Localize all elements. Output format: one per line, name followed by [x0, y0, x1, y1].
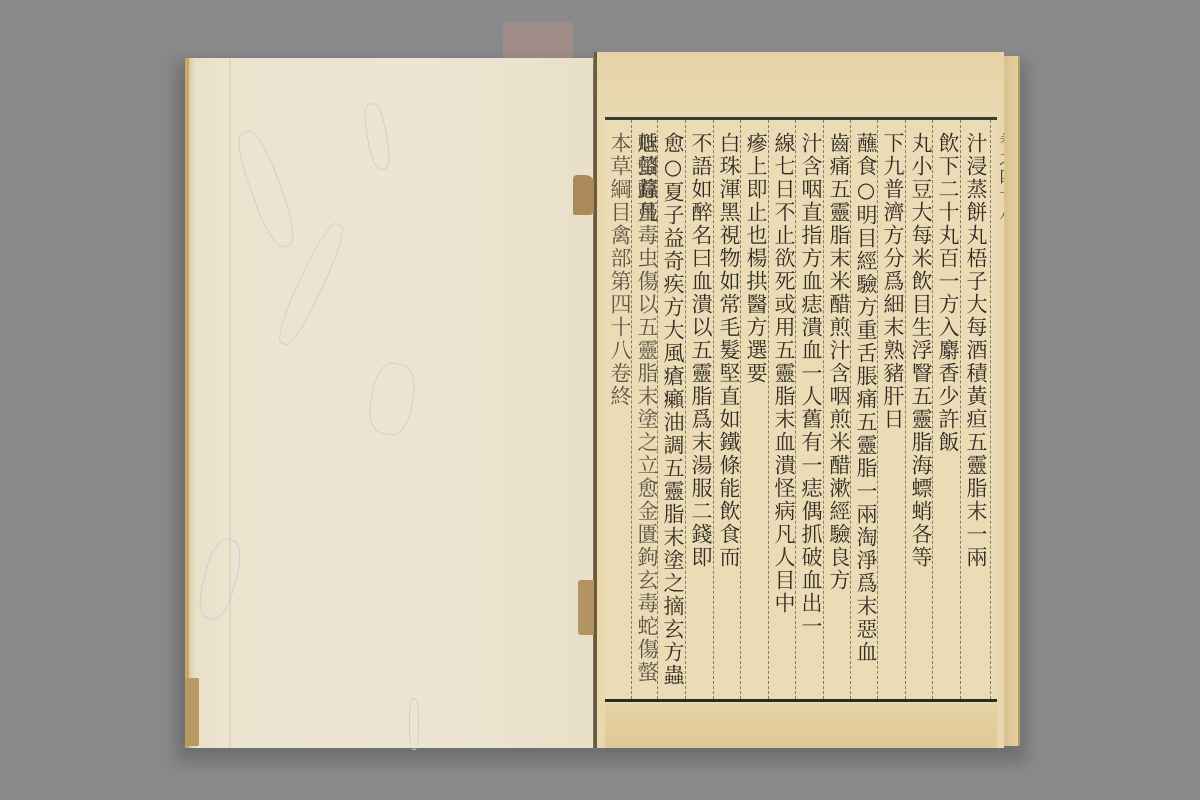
worm-track — [365, 360, 419, 438]
bottom-margin — [605, 704, 997, 748]
text-column: 汁含咽直指方血痣潰血一人舊有一痣偶抓破血出一 — [798, 132, 824, 697]
column-rule — [990, 120, 991, 699]
left-page-blank — [185, 58, 593, 748]
text-column: 瘮上即止也楊拱醫方選要 — [743, 132, 769, 697]
worm-track — [194, 535, 246, 622]
text-column: 愈○夏子益奇疾方大風瘡癩油調五靈脂末塗之摘玄方蟲虺螫蠚凡 — [660, 132, 686, 697]
text-column: 飲下二十丸百一方入麝香少許飯 — [935, 132, 961, 697]
page-edge-stack — [1004, 56, 1020, 746]
text-column: 不語如醉名曰血潰以五靈脂爲末湯服二錢即 — [688, 132, 714, 697]
text-column: 下九普濟方分爲細末熟豬肝日 — [880, 132, 906, 697]
edge-stain — [185, 678, 199, 746]
page-crease — [229, 58, 231, 748]
text-column: 白珠渾黑視物如常毛髮堅直如鐵條能飲食而 — [716, 132, 742, 697]
text-column: 齒痛五靈脂末米醋煎汁含咽煎米醋漱經驗良方 — [826, 132, 852, 697]
text-column: 線七日不止欲死或用五靈脂末血潰怪病凡人目中 — [771, 132, 797, 697]
top-margin — [597, 52, 1004, 116]
worm-track — [231, 127, 301, 252]
text-frame: 卷之四十八 汁浸蒸餅丸梧子大每酒積黃疸五靈脂末一兩 飲下二十丸百一方入麝香少許飯… — [605, 117, 997, 702]
worm-track — [409, 698, 419, 750]
text-column: 汁浸蒸餅丸梧子大每酒積黃疸五靈脂末一兩 — [963, 132, 989, 697]
worm-track — [361, 102, 392, 171]
right-page-text: 卷之四十八 汁浸蒸餅丸梧子大每酒積黃疸五靈脂末一兩 飲下二十丸百一方入麝香少許飯… — [594, 52, 1004, 748]
text-column: 丸小豆大每米飲目生浮瞖五靈脂海螵蛸各等 — [908, 132, 934, 697]
spine-tear — [573, 175, 595, 215]
text-column: 蘸食○明目經驗方重舌脹痛五靈脂一兩淘淨爲末惡血 — [853, 132, 879, 697]
text-column: 蚯蚓蜂蠆毒虫傷以五靈脂末塗之立愈金匱鉤玄毒蛇傷螫 — [634, 132, 660, 697]
chapter-end-column: 本草綱目禽部第四十八卷終 — [607, 132, 633, 697]
